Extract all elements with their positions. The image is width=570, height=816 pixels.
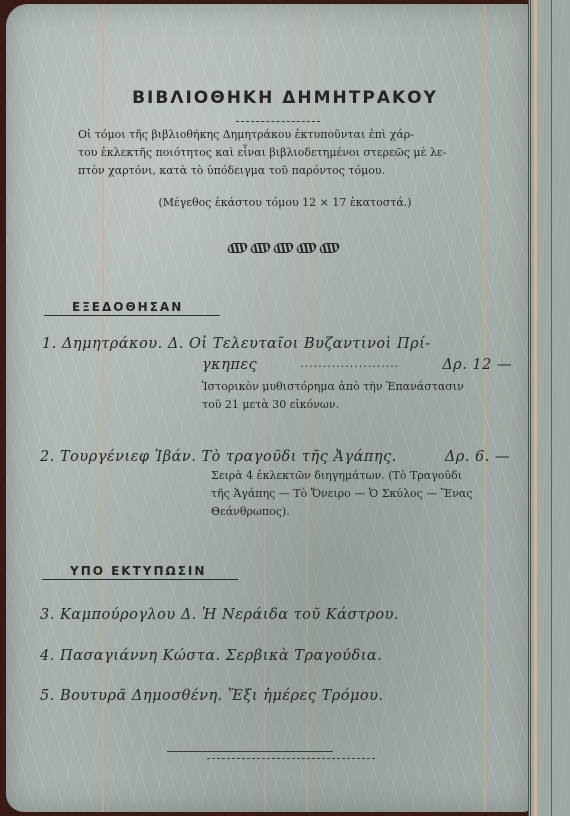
description-line: τῆς Ἀγάπης — Τὸ Ὄνειρο — Ὁ Σκύλος — Ἕνας: [211, 485, 511, 503]
section-heading-in-press: ΥΠΟ ΕΚΤΥΠΩΣΙΝ: [42, 564, 238, 580]
entry-title: Τὸ τραγοῦδι τῆς Ἀγάπης.: [201, 449, 396, 465]
intro-line: του ἐκλεκτῆς ποιότητος καὶ εἶναι βιβλιοδ…: [78, 144, 498, 162]
description-line: Θεάνθρωπος).: [211, 503, 511, 521]
entry-leader: ......................: [300, 357, 399, 373]
entry-title: Σερβικὰ Τραγούδια.: [226, 648, 383, 664]
book-entry-1-description: Ἱστορικὸν μυθιστόρημα ἀπὸ τὴν Ἐπανάστασι…: [202, 378, 512, 414]
spine-edge: [534, 0, 537, 816]
title-divider: [236, 121, 320, 122]
closing-rule: [167, 751, 333, 752]
description-line: Σειρὰ 4 ἐκλεκτῶν διηγημάτων. (Τὸ Τραγοῦδ…: [211, 467, 511, 485]
entry-title: Ἡ Νεράιδα τοῦ Κάστρου.: [202, 607, 399, 623]
intro-paragraph: Οἱ τόμοι τῆς βιβλιοθήκης Δημητράκου ἐκτυ…: [78, 126, 498, 180]
ornament-icon: [318, 243, 341, 253]
entry-number: 1.: [42, 336, 57, 352]
series-title: ΒΙΒΛΙΟΘΗΚΗ ΔΗΜΗΤΡΑΚΟΥ: [0, 88, 570, 108]
entry-author: Πασαγιάννη Κώστα.: [60, 648, 221, 664]
intro-line: πτὸν χαρτόνι, κατὰ τὸ ὑπόδειγμα τοῦ παρό…: [78, 162, 498, 180]
book-entry-3: 3. Καμπούρογλου Δ. Ἡ Νεράιδα τοῦ Κάστρου…: [40, 607, 399, 623]
book-entry-2-description: Σειρὰ 4 ἐκλεκτῶν διηγημάτων. (Τὸ Τραγοῦδ…: [211, 467, 511, 521]
entry-author: Βουτυρᾶ Δημοσθένη.: [60, 688, 223, 704]
ornament-icon: [226, 243, 249, 253]
spine-line: [551, 0, 552, 816]
size-note: (Μέγεθος ἑκάστου τόμου 12 × 17 ἑκατοστά.…: [0, 196, 570, 209]
section-heading-published: ΕΞΕΔΟΘΗΣΑΝ: [44, 300, 220, 316]
ornament-divider: [228, 243, 339, 253]
entry-number: 4.: [40, 648, 55, 664]
entry-title: Ἕξι ἡμέρες Τρόμου.: [228, 688, 384, 704]
description-line: Ἱστορικὸν μυθιστόρημα ἀπὸ τὴν Ἐπανάστασι…: [202, 378, 512, 396]
book-entry-4: 4. Πασαγιάννη Κώστα. Σερβικὰ Τραγούδια.: [40, 648, 382, 664]
entry-number: 2.: [40, 449, 55, 465]
description-line: τοῦ 21 μετὰ 30 εἰκόνων.: [202, 396, 512, 414]
entry-author: Τουργένιεφ Ἰβάν.: [60, 449, 196, 465]
entry-title: Οἱ Τελευταῖοι Βυζαντινοὶ Πρί-: [189, 336, 431, 352]
ornament-icon: [272, 243, 295, 253]
ornament-icon: [295, 243, 318, 253]
entry-author: Καμπούρογλου Δ.: [60, 607, 197, 623]
intro-line: Οἱ τόμοι τῆς βιβλιοθήκης Δημητράκου ἐκτυ…: [78, 126, 498, 144]
book-entry-1-line2: γκηπες ...................... Δρ. 12 —: [202, 357, 512, 373]
entry-author: Δημητράκου. Δ.: [62, 336, 184, 352]
entry-number: 5.: [40, 688, 55, 704]
entry-title-cont: γκηπες: [202, 357, 257, 373]
entry-price: Δρ. 12 —: [442, 357, 512, 373]
ornament-icon: [249, 243, 272, 253]
book-entry-2: 2. Τουργένιεφ Ἰβάν. Τὸ τραγοῦδι τῆς Ἀγάπ…: [40, 449, 510, 465]
entry-number: 3.: [40, 607, 55, 623]
closing-rule: [207, 758, 375, 759]
book-entry-1: 1. Δημητράκου. Δ. Οἱ Τελευταῖοι Βυζαντιν…: [42, 336, 431, 352]
book-entry-5: 5. Βουτυρᾶ Δημοσθένη. Ἕξι ἡμέρες Τρόμου.: [40, 688, 384, 704]
entry-price: Δρ. 6. —: [445, 449, 510, 465]
